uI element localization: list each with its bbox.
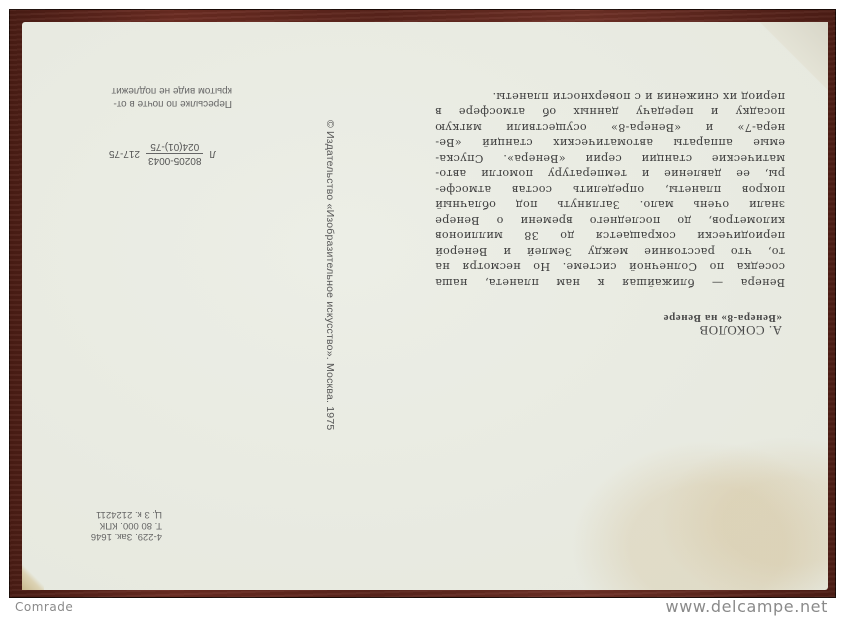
description-line: километров, до последнего времени о Вене…	[435, 213, 785, 229]
code-suffix: 217-75	[109, 148, 140, 159]
description-line: емые аппараты автоматических станций «Ве…	[435, 135, 785, 151]
author-name: А. СОКОЛОВ	[699, 322, 782, 338]
postal-note-line: Пересылке по почте в от-	[112, 97, 232, 110]
code-denominator: 024(01)-75	[150, 141, 199, 153]
print-info-line: Т. 80 000. КПК	[91, 520, 162, 531]
description-line: матические станции серии «Венера». Спуск…	[435, 151, 785, 167]
artwork-title: «Венера-8» на Венере	[663, 312, 782, 324]
postcard-back: А. СОКОЛОВ «Венера-8» на Венере Венера —…	[22, 22, 828, 590]
code-numerator: 80205-0043	[146, 153, 203, 166]
description-line: то, что расстояние между Землей и Венеро…	[435, 244, 785, 260]
print-info-line: Ц. 3 к. 2124211	[91, 509, 162, 520]
description-text: Венера — ближайшая к нам планета, наша с…	[435, 89, 785, 291]
code-fraction: 80205-0043 024(01)-75	[146, 141, 203, 166]
description-line: знали очень мало. Заглянуть под облачный	[435, 197, 785, 213]
description-line: Венера — ближайшая к нам планета, наша	[435, 275, 785, 291]
site-watermark: www.delcampe.net	[666, 597, 828, 616]
postal-note: Пересылке по почте в от- крытом виде не …	[112, 84, 232, 110]
description-line: ры, ее давление и температуру помогли ав…	[435, 166, 785, 182]
description-line: покров планеты, определить состав атмосф…	[435, 182, 785, 198]
seller-watermark: Comrade	[15, 600, 73, 614]
description-line: периодически сокращается до 38 миллионов	[435, 228, 785, 244]
description-line: период их снижения и с поверхности плане…	[435, 89, 785, 105]
rotated-content: А. СОКОЛОВ «Венера-8» на Венере Венера —…	[22, 22, 828, 590]
print-info: 4-229. Зак. 1646 Т. 80 000. КПК Ц. 3 к. …	[91, 509, 162, 542]
code-letter: Л	[209, 148, 216, 159]
description-line: посадку и передачу данных об атмосфере в	[435, 104, 785, 120]
postal-note-line: крытом виде не подлежит	[112, 84, 232, 97]
publisher-imprint: © Издательство «Изобразительное искусств…	[320, 120, 336, 500]
description-line: нера-7» и «Венера-8» осуществили мягкую	[435, 120, 785, 136]
catalog-code: Л 80205-0043 024(01)-75 217-75	[109, 141, 216, 166]
print-info-line: 4-229. Зак. 1646	[91, 531, 162, 542]
description-line: соседка по Солнечной системе. Но несмотр…	[435, 259, 785, 275]
